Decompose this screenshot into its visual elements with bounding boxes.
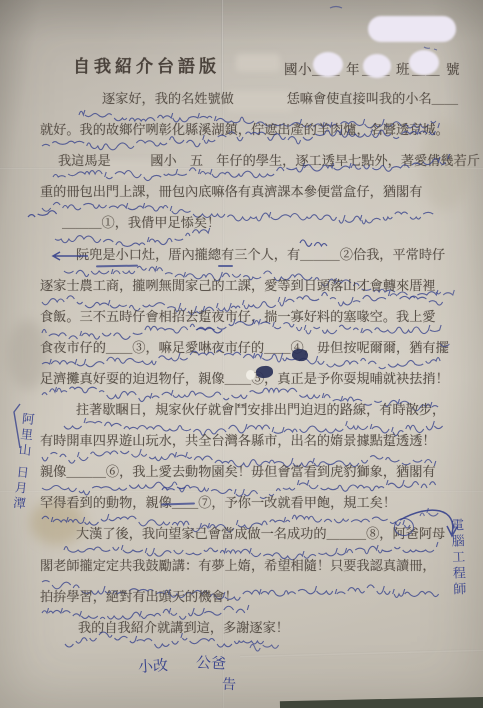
bottom-note-3: 告: [222, 674, 237, 694]
photo-of-worksheet: 自我紹介台語版 國小 ＿＿ 年 ＿＿ 班 ＿＿ 號 逐家好，我的名姓號做 恁嘛會…: [0, 0, 483, 708]
handwriting-marks-layer: [0, 0, 483, 708]
handwriting-scribble: [196, 327, 225, 333]
pen-underline: [218, 265, 233, 267]
handwriting-scribble: [162, 487, 185, 490]
handwriting-scribble: [53, 252, 88, 260]
handwriting-scribble: [424, 47, 437, 50]
handwriting-scribble: [440, 341, 452, 347]
handwriting-scribble: [300, 240, 329, 249]
bottom-note-2: 公爸: [195, 651, 226, 674]
pen-circle-around-8: [394, 518, 414, 536]
handwriting-scribble: [420, 508, 438, 516]
handwriting-scribble: [330, 7, 342, 9]
bottom-note-1: 小改: [137, 654, 168, 677]
handwriting-scribble: [250, 644, 279, 651]
handwriting-scribble: [436, 290, 454, 295]
handwriting-scribble: [28, 211, 57, 217]
